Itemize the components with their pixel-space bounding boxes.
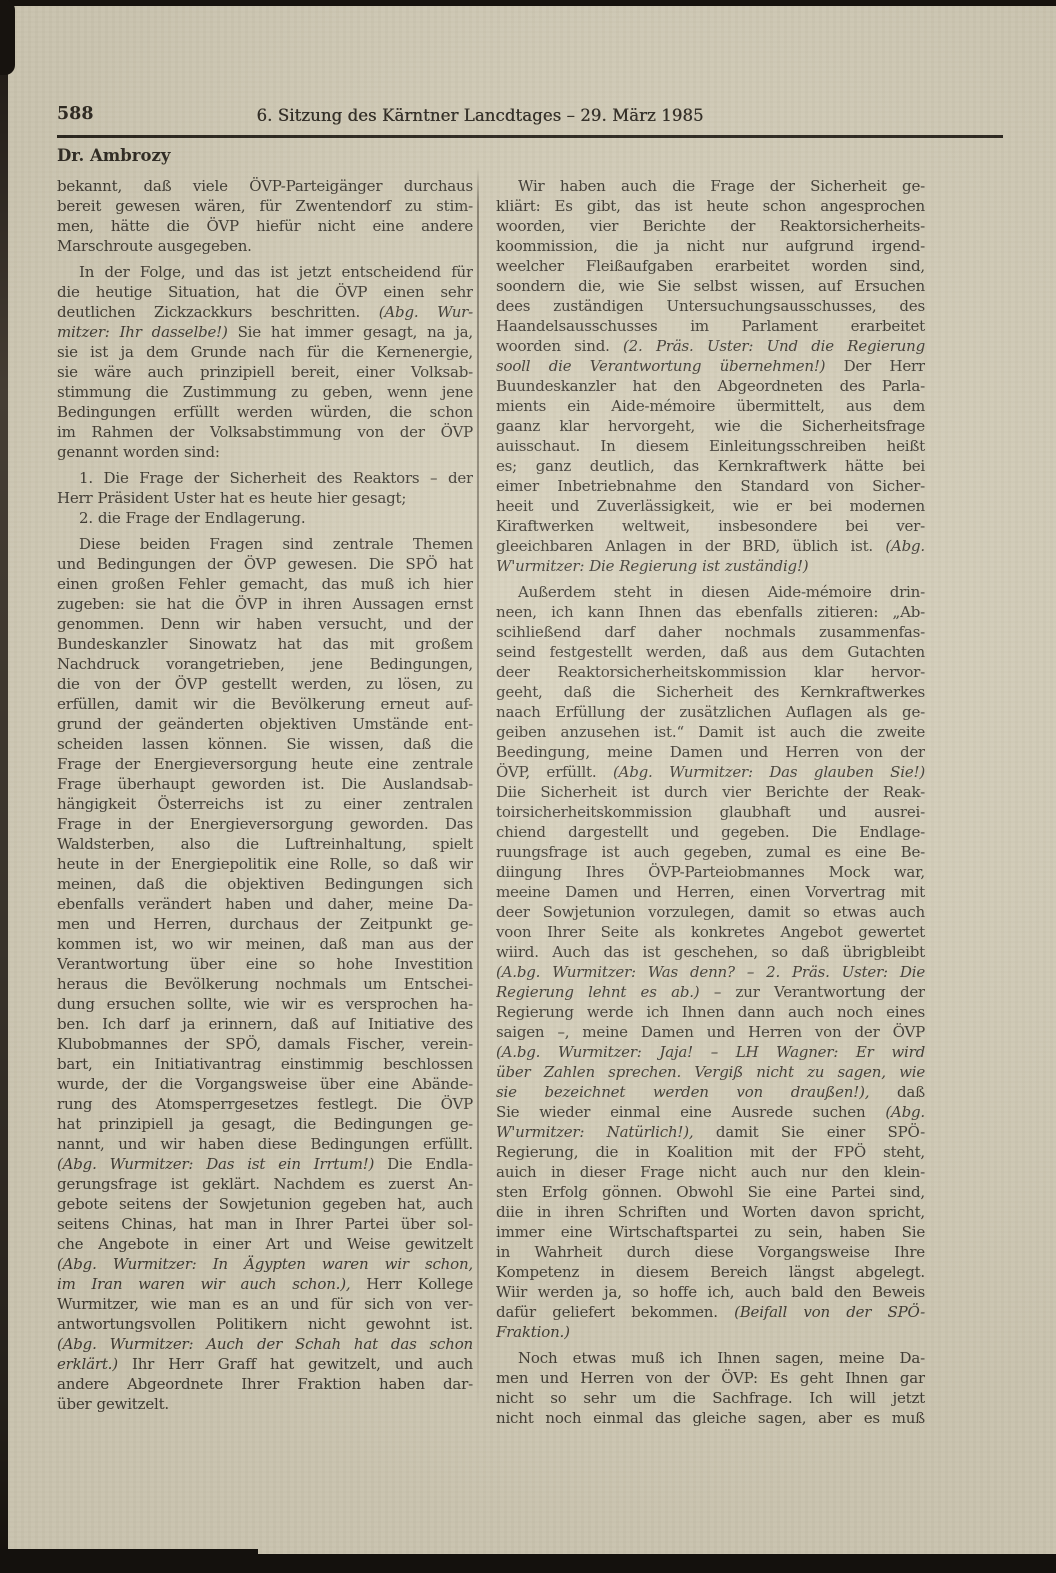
text-line: In der Folge, und das ist jetzt entschei… xyxy=(57,262,473,282)
text-line: saigen –, meine Damen und Herren von der… xyxy=(496,1022,925,1042)
interjection-italic-text: über Zahlen sprechen. Vergiß nicht zu sa… xyxy=(496,1063,925,1081)
body-text: immer eine Wirtschaftspartei zu sein, ha… xyxy=(496,1223,925,1241)
body-text: heute in der Energiepolitik eine Rolle, … xyxy=(57,855,473,873)
body-text: Sie wieder einmal eine Ausrede suchen xyxy=(496,1103,885,1121)
body-text: Klubobmannes der SPÖ, damals Fischer, ve… xyxy=(57,1035,473,1053)
text-line: voon Ihrer Seite als konkretes Angebot g… xyxy=(496,922,925,942)
text-line: die von der ÖVP gestellt werden, zu löse… xyxy=(57,674,473,694)
text-line: scihließend darf daher nochmals zusammen… xyxy=(496,622,925,642)
text-line: Bedingungen erfüllt werden würden, die s… xyxy=(57,402,473,422)
text-line: bart, ein Initiativantrag einstimmig bes… xyxy=(57,1054,473,1074)
body-text: 1. Die Frage der Sicherheit des Reaktors… xyxy=(79,469,473,487)
text-line: andere Abgeordnete Ihrer Fraktion haben … xyxy=(57,1374,473,1394)
body-text: Regierung werde ich Ihnen dann auch noch… xyxy=(496,1003,925,1021)
interjection-italic-text: (Abg. Wurmitzer: In Ägypten waren wir sc… xyxy=(57,1255,473,1273)
body-text: voon Ihrer Seite als konkretes Angebot g… xyxy=(496,923,925,941)
text-line: rung des Atomsperrgesetzes festlegt. Die… xyxy=(57,1094,473,1114)
body-text: wurde, der die Vorgangsweise über eine A… xyxy=(57,1075,473,1093)
body-text: Haandelsausschusses im Parlament erarbei… xyxy=(496,317,925,335)
body-text: zugeben: sie hat die ÖVP in ihren Aussag… xyxy=(57,595,473,613)
body-text: erfüllen, damit wir die Bevölkerung erne… xyxy=(57,695,473,713)
body-text: sie ist ja dem Grunde nach für die Kerne… xyxy=(57,343,473,361)
text-line: Frage in der Energieversorgung geworden.… xyxy=(57,814,473,834)
text-line: über Zahlen sprechen. Vergiß nicht zu sa… xyxy=(496,1062,925,1082)
body-text: gerungsfrage ist geklärt. Nachdem es zue… xyxy=(57,1175,473,1193)
body-text: es; ganz deutlich, das Kernkraftwerk hät… xyxy=(496,457,925,475)
scan-edge-notch xyxy=(0,0,15,75)
body-text: Sie hat immer gesagt, na ja, xyxy=(238,323,473,341)
body-text: men, hätte die ÖVP hiefür nicht eine and… xyxy=(57,217,473,235)
body-text: im Rahmen der Volksabstimmung von der ÖV… xyxy=(57,423,473,441)
text-line: auisschaut. In diesem Einleitungsschreib… xyxy=(496,436,925,456)
interjection-italic-text: (Abg. Wurmitzer: Auch der Schah hat das … xyxy=(57,1335,473,1353)
body-text: Wir haben auch die Frage der Sicherheit … xyxy=(518,177,925,195)
body-text: kliärt: Es gibt, das ist heute schon ang… xyxy=(496,197,925,215)
text-line: über gewitzelt. xyxy=(57,1394,473,1414)
body-text: dafür geliefert bekommen. xyxy=(496,1303,734,1321)
body-text: auich in dieser Frage nicht auch nur den… xyxy=(496,1163,925,1181)
text-line: meinen, daß die objektiven Bedingungen s… xyxy=(57,874,473,894)
text-line: Buundeskanzler hat den Abgeordneten des … xyxy=(496,376,925,396)
text-line: (Abg. Wurmitzer: In Ägypten waren wir sc… xyxy=(57,1254,473,1274)
text-line: wurde, der die Vorgangsweise über eine A… xyxy=(57,1074,473,1094)
text-line: Herr Präsident Uster hat es heute hier g… xyxy=(57,488,473,508)
text-line: Marschroute ausgegeben. xyxy=(57,236,473,256)
session-title: 6. Sitzung des Kärntner Lancdtages – 29.… xyxy=(30,106,930,125)
interjection-italic-text: W'urmitzer: Natürlich!), xyxy=(496,1123,716,1141)
text-line: diingung Ihres ÖVP-Parteiobmannes Mock w… xyxy=(496,862,925,882)
body-text: Herr Kollege xyxy=(366,1275,473,1293)
text-line: ebenfalls verändert haben und daher, mei… xyxy=(57,894,473,914)
body-text: diingung Ihres ÖVP-Parteiobmannes Mock w… xyxy=(496,863,925,881)
body-text: chiend dargestellt und gegeben. Die Endl… xyxy=(496,823,925,841)
body-text: geeht, daß die Sicherheit des Kernkraftw… xyxy=(496,683,925,701)
text-line: Regierung werde ich Ihnen dann auch noch… xyxy=(496,1002,925,1022)
body-text: sten Erfolg gönnen. Obwohl Sie eine Part… xyxy=(496,1183,925,1201)
column-divider-rule xyxy=(477,168,479,1408)
right-text-column: Wir haben auch die Frage der Sicherheit … xyxy=(496,176,925,1428)
body-text: grund der geänderten objektiven Umstände… xyxy=(57,715,473,733)
text-line: Frage überhaupt geworden ist. Die Auslan… xyxy=(57,774,473,794)
body-text: ÖVP, erfüllt. xyxy=(496,763,613,781)
text-line: men und Herren von der ÖVP: Es geht Ihne… xyxy=(496,1368,925,1388)
text-line: zugeben: sie hat die ÖVP in ihren Aussag… xyxy=(57,594,473,614)
body-text: diie in ihren Schriften und Worten davon… xyxy=(496,1203,925,1221)
text-line: dees zuständigen Untersuchungsausschusse… xyxy=(496,296,925,316)
text-line: woorden sind. (2. Präs. Uster: Und die R… xyxy=(496,336,925,356)
body-text: ruungsfrage ist auch gegeben, zumal es e… xyxy=(496,843,925,861)
text-line: heraus die Bevölkerung nochmals um Entsc… xyxy=(57,974,473,994)
body-text: Frage in der Energieversorgung geworden.… xyxy=(57,815,473,833)
text-line: erklärt.) Ihr Herr Graff hat gewitzelt, … xyxy=(57,1354,473,1374)
body-text: – zur Verantwortung der xyxy=(714,983,925,1001)
text-line: sie bezeichnet werden von draußen!), daß xyxy=(496,1082,925,1102)
text-line: Regierung lehnt es ab.) – zur Verantwort… xyxy=(496,982,925,1002)
body-text: Regierung, die in Koalition mit der FPÖ … xyxy=(496,1143,925,1161)
text-line: sten Erfolg gönnen. Obwohl Sie eine Part… xyxy=(496,1182,925,1202)
text-line: (Abg. Wurmitzer: Auch der Schah hat das … xyxy=(57,1334,473,1354)
body-text: die von der ÖVP gestellt werden, zu löse… xyxy=(57,675,473,693)
body-text: Die Endla- xyxy=(387,1155,473,1173)
text-line: weelcher Fleißaufgaben erarbeitet worden… xyxy=(496,256,925,276)
body-text: einen großen Fehler gemacht, das muß ich… xyxy=(57,575,473,593)
text-line: meeine Damen und Herren, einen Vorvertra… xyxy=(496,882,925,902)
text-line: ruungsfrage ist auch gegeben, zumal es e… xyxy=(496,842,925,862)
text-line: che Angebote in einer Art und Weise gewi… xyxy=(57,1234,473,1254)
interjection-italic-text: (Abg. Wur- xyxy=(379,303,473,321)
text-line: dafür geliefert bekommen. (Beifall von d… xyxy=(496,1302,925,1322)
text-line: Sie wieder einmal eine Ausrede suchen (A… xyxy=(496,1102,925,1122)
text-line: genannt worden sind: xyxy=(57,442,473,462)
text-line: im Iran waren wir auch schon.), Herr Kol… xyxy=(57,1274,473,1294)
text-line: W'urmitzer: Die Regierung ist zuständig!… xyxy=(496,556,925,576)
text-line: deer Reaktorsicherheitskommission klar h… xyxy=(496,662,925,682)
body-text: andere Abgeordnete Ihrer Fraktion haben … xyxy=(57,1375,473,1393)
text-line: seind festgestellt werden, daß aus dem G… xyxy=(496,642,925,662)
body-text: woorden, vier Berichte der Reaktorsicher… xyxy=(496,217,925,235)
body-text: woorden sind. xyxy=(496,337,623,355)
body-text: soondern die, wie Sie selbst wissen, auf… xyxy=(496,277,925,295)
body-text: Der Herr xyxy=(844,357,925,375)
text-line: woorden, vier Berichte der Reaktorsicher… xyxy=(496,216,925,236)
text-line: bekannt, daß viele ÖVP-Parteigänger durc… xyxy=(57,176,473,196)
text-line: hat prinzipiell ja gesagt, die Bedingung… xyxy=(57,1114,473,1134)
interjection-italic-text: W'urmitzer: Die Regierung ist zuständig!… xyxy=(496,557,808,575)
text-line: sooll die Verantwortung übernehmen!) Der… xyxy=(496,356,925,376)
text-line: im Rahmen der Volksabstimmung von der ÖV… xyxy=(57,422,473,442)
body-text: scheiden lassen können. Sie wissen, daß … xyxy=(57,735,473,753)
body-text: hat prinzipiell ja gesagt, die Bedingung… xyxy=(57,1115,473,1133)
text-line: erfüllen, damit wir die Bevölkerung erne… xyxy=(57,694,473,714)
text-line: Wurmitzer, wie man es an und für sich vo… xyxy=(57,1294,473,1314)
text-line: stimmung die Zustimmung zu geben, wenn j… xyxy=(57,382,473,402)
text-line: dung ersuchen sollte, wie wir es verspro… xyxy=(57,994,473,1014)
body-text: dung ersuchen sollte, wie wir es verspro… xyxy=(57,995,473,1013)
left-text-column: bekannt, daß viele ÖVP-Parteigänger durc… xyxy=(57,176,473,1414)
body-text: heeit und Zuverlässigkeit, wie er bei mo… xyxy=(496,497,925,515)
interjection-italic-text: (Abg. xyxy=(885,537,925,555)
text-line: Verantwortung über eine so hohe Investit… xyxy=(57,954,473,974)
text-line: heute in der Energiepolitik eine Rolle, … xyxy=(57,854,473,874)
body-text: saigen –, meine Damen und Herren von der… xyxy=(496,1023,925,1041)
body-text: Wiir werden ja, so hoffe ich, auch bald … xyxy=(496,1283,925,1301)
text-line: genommen. Denn wir haben versucht, und d… xyxy=(57,614,473,634)
body-text: Marschroute ausgegeben. xyxy=(57,237,252,255)
interjection-italic-text: sie bezeichnet werden von draußen!), xyxy=(496,1083,897,1101)
body-text: eimer Inbetriebnahme den Standard von Si… xyxy=(496,477,925,495)
body-text: bereit gewesen wären, für Zwentendorf zu… xyxy=(57,197,473,215)
body-text: deutlichen Zickzackkurs beschritten. xyxy=(57,303,379,321)
text-line: Wir haben auch die Frage der Sicherheit … xyxy=(496,176,925,196)
body-text: neen, ich kann Ihnen das ebenfalls zitie… xyxy=(496,603,925,621)
text-line: geiben anzusehen ist.“ Damit ist auch di… xyxy=(496,722,925,742)
body-text: wiird. Auch das ist geschehen, so daß üb… xyxy=(496,943,925,961)
body-text: Beedingung, meine Damen und Herren von d… xyxy=(496,743,925,761)
body-text: genannt worden sind: xyxy=(57,443,220,461)
body-text: 2. die Frage der Endlagerung. xyxy=(79,509,305,527)
text-line: es; ganz deutlich, das Kernkraftwerk hät… xyxy=(496,456,925,476)
text-line: (A.bg. Wurmitzer: Jaja! – LH Wagner: Er … xyxy=(496,1042,925,1062)
body-text: Bedingungen erfüllt werden würden, die s… xyxy=(57,403,473,421)
body-text: damit Sie einer SPÖ- xyxy=(716,1123,925,1141)
text-line: neen, ich kann Ihnen das ebenfalls zitie… xyxy=(496,602,925,622)
text-line: die heutige Situation, hat die ÖVP einen… xyxy=(57,282,473,302)
body-text: in Wahrheit durch diese Vorgangsweise Ih… xyxy=(496,1243,925,1261)
text-line: Klubobmannes der SPÖ, damals Fischer, ve… xyxy=(57,1034,473,1054)
body-text: weelcher Fleißaufgaben erarbeitet worden… xyxy=(496,257,925,275)
text-line: chiend dargestellt und gegeben. Die Endl… xyxy=(496,822,925,842)
text-line: Kiraftwerken weltweit, insbesondere bei … xyxy=(496,516,925,536)
text-line: Fraktion.) xyxy=(496,1322,925,1342)
body-text: Wurmitzer, wie man es an und für sich vo… xyxy=(57,1295,473,1313)
text-line: Nachdruck vorangetrieben, jene Bedingung… xyxy=(57,654,473,674)
body-text: Diese beiden Fragen sind zentrale Themen xyxy=(79,535,473,553)
scan-edge-bottom xyxy=(0,1554,1056,1573)
interjection-italic-text: im Iran waren wir auch schon.), xyxy=(57,1275,366,1293)
body-text: dees zuständigen Untersuchungsausschusse… xyxy=(496,297,925,315)
body-text: gebote seitens der Sowjetunion gegeben h… xyxy=(57,1195,473,1213)
text-line: immer eine Wirtschaftspartei zu sein, ha… xyxy=(496,1222,925,1242)
interjection-italic-text: (A.bg. Wurmitzer: Was denn? – 2. Präs. U… xyxy=(496,963,925,981)
text-line: Diie Sicherheit ist durch vier Berichte … xyxy=(496,782,925,802)
text-line: Bundeskanzler Sinowatz hat das mit große… xyxy=(57,634,473,654)
text-line: Frage der Energieversorgung heute eine z… xyxy=(57,754,473,774)
body-text: rung des Atomsperrgesetzes festlegt. Die… xyxy=(57,1095,473,1113)
text-line: gebote seitens der Sowjetunion gegeben h… xyxy=(57,1194,473,1214)
text-line: Kompetenz in diesem Bereich längst abgel… xyxy=(496,1262,925,1282)
body-text: Waldsterben, also die Luftreinhaltung, s… xyxy=(57,835,473,853)
text-line: nicht so sehr um die Sachfrage. Ich will… xyxy=(496,1388,925,1408)
text-line: scheiden lassen können. Sie wissen, daß … xyxy=(57,734,473,754)
text-line: wiird. Auch das ist geschehen, so daß üb… xyxy=(496,942,925,962)
body-text: Kiraftwerken weltweit, insbesondere bei … xyxy=(496,517,925,535)
text-line: Außerdem steht in diesen Aide-mémoire dr… xyxy=(496,582,925,602)
text-line: 1. Die Frage der Sicherheit des Reaktors… xyxy=(57,468,473,488)
header-rule xyxy=(57,135,1003,138)
text-line: Wiir werden ja, so hoffe ich, auch bald … xyxy=(496,1282,925,1302)
body-text: ben. Ich darf ja erinnern, daß auf Initi… xyxy=(57,1015,473,1033)
text-line: deer Sowjetunion vorzulegen, damit so et… xyxy=(496,902,925,922)
interjection-italic-text: (Abg. Wurmitzer: Das ist ein Irrtum!) xyxy=(57,1155,387,1173)
interjection-italic-text: (Abg. Wurmitzer: Das glauben Sie!) xyxy=(613,763,925,781)
body-text: men und Herren, durchaus der Zeitpunkt g… xyxy=(57,915,473,933)
text-line: einen großen Fehler gemacht, das muß ich… xyxy=(57,574,473,594)
text-line: gerungsfrage ist geklärt. Nachdem es zue… xyxy=(57,1174,473,1194)
text-line: (A.bg. Wurmitzer: Was denn? – 2. Präs. U… xyxy=(496,962,925,982)
text-line: hängigkeit Österreichs ist zu einer zent… xyxy=(57,794,473,814)
interjection-italic-text: erklärt.) xyxy=(57,1355,132,1373)
body-text: stimmung die Zustimmung zu geben, wenn j… xyxy=(57,383,473,401)
text-line: bereit gewesen wären, für Zwentendorf zu… xyxy=(57,196,473,216)
body-text: Frage überhaupt geworden ist. Die Auslan… xyxy=(57,775,473,793)
body-text: hängigkeit Österreichs ist zu einer zent… xyxy=(57,795,473,813)
text-line: men und Herren, durchaus der Zeitpunkt g… xyxy=(57,914,473,934)
interjection-italic-text: sooll die Verantwortung übernehmen!) xyxy=(496,357,844,375)
text-line: in Wahrheit durch diese Vorgangsweise Ih… xyxy=(496,1242,925,1262)
text-line: 2. die Frage der Endlagerung. xyxy=(57,508,473,528)
text-line: ben. Ich darf ja erinnern, daß auf Initi… xyxy=(57,1014,473,1034)
text-line: heeit und Zuverlässigkeit, wie er bei mo… xyxy=(496,496,925,516)
body-text: meeine Damen und Herren, einen Vorvertra… xyxy=(496,883,925,901)
body-text: nicht so sehr um die Sachfrage. Ich will… xyxy=(496,1389,925,1407)
text-line: men, hätte die ÖVP hiefür nicht eine and… xyxy=(57,216,473,236)
text-line: Waldsterben, also die Luftreinhaltung, s… xyxy=(57,834,473,854)
text-line: toirsicherheitskommission glaubhaft und … xyxy=(496,802,925,822)
text-line: (Abg. Wurmitzer: Das ist ein Irrtum!) Di… xyxy=(57,1154,473,1174)
text-line: mitzer: Ihr dasselbe!) Sie hat immer ges… xyxy=(57,322,473,342)
scan-edge-left xyxy=(0,0,8,1573)
body-text: Außerdem steht in diesen Aide-mémoire dr… xyxy=(518,583,925,601)
text-line: gaanz klar hervorgeht, wie die Sicherhei… xyxy=(496,416,925,436)
text-line: naach Erfüllung der zusätzlichen Auflage… xyxy=(496,702,925,722)
text-line: Beedingung, meine Damen und Herren von d… xyxy=(496,742,925,762)
text-line: seitens Chinas, hat man in Ihrer Partei … xyxy=(57,1214,473,1234)
body-text: nannt, und wir haben diese Bedingungen e… xyxy=(57,1135,473,1153)
interjection-italic-text: (Abg. xyxy=(885,1103,925,1121)
speaker-name: Dr. Ambrozy xyxy=(57,146,170,165)
text-line: gleeichbaren Anlagen in der BRD, üblich … xyxy=(496,536,925,556)
interjection-italic-text: Regierung lehnt es ab.) xyxy=(496,983,714,1001)
text-line: auich in dieser Frage nicht auch nur den… xyxy=(496,1162,925,1182)
body-text: antwortungsvollen Politikern nicht gewoh… xyxy=(57,1315,473,1333)
interjection-italic-text: (2. Präs. Uster: Und die Regierung xyxy=(623,337,925,355)
body-text: mients ein Aide-mémoire übermittelt, aus… xyxy=(496,397,925,415)
body-text: Verantwortung über eine so hohe Investit… xyxy=(57,955,473,973)
body-text: daß xyxy=(897,1083,925,1101)
body-text: seitens Chinas, hat man in Ihrer Partei … xyxy=(57,1215,473,1233)
body-text: heraus die Bevölkerung nochmals um Entsc… xyxy=(57,975,473,993)
body-text: nicht noch einmal das gleiche sagen, abe… xyxy=(496,1409,925,1427)
scan-edge-bottom-step xyxy=(0,1549,258,1554)
interjection-italic-text: (Beifall von der SPÖ- xyxy=(734,1303,925,1321)
body-text: gleeichbaren Anlagen in der BRD, üblich … xyxy=(496,537,885,555)
body-text: sie wäre auch prinzipiell bereit, einer … xyxy=(57,363,473,381)
body-text: In der Folge, und das ist jetzt entschei… xyxy=(79,263,473,281)
body-text: und Bedingungen der ÖVP gewesen. Die SPÖ… xyxy=(57,555,473,573)
body-text: Nachdruck vorangetrieben, jene Bedingung… xyxy=(57,655,473,673)
body-text: koommission, die ja nicht nur aufgrund i… xyxy=(496,237,925,255)
body-text: scihließend darf daher nochmals zusammen… xyxy=(496,623,925,641)
text-line: antwortungsvollen Politikern nicht gewoh… xyxy=(57,1314,473,1334)
interjection-italic-text: Fraktion.) xyxy=(496,1323,570,1341)
body-text: toirsicherheitskommission glaubhaft und … xyxy=(496,803,925,821)
body-text: naach Erfüllung der zusätzlichen Auflage… xyxy=(496,703,925,721)
body-text: über gewitzelt. xyxy=(57,1395,169,1413)
body-text: die heutige Situation, hat die ÖVP einen… xyxy=(57,283,473,301)
interjection-italic-text: (A.bg. Wurmitzer: Jaja! – LH Wagner: Er … xyxy=(496,1043,925,1061)
text-line: diie in ihren Schriften und Worten davon… xyxy=(496,1202,925,1222)
text-line: W'urmitzer: Natürlich!), damit Sie einer… xyxy=(496,1122,925,1142)
scanned-protocol-page: 588 6. Sitzung des Kärntner Lancdtages –… xyxy=(0,0,1056,1573)
body-text: Noch etwas muß ich Ihnen sagen, meine Da… xyxy=(518,1349,925,1367)
text-line: sie ist ja dem Grunde nach für die Kerne… xyxy=(57,342,473,362)
text-line: kliärt: Es gibt, das ist heute schon ang… xyxy=(496,196,925,216)
text-line: und Bedingungen der ÖVP gewesen. Die SPÖ… xyxy=(57,554,473,574)
body-text: meinen, daß die objektiven Bedingungen s… xyxy=(57,875,473,893)
body-text: Ihr Herr Graff hat gewitzelt, und auch xyxy=(132,1355,473,1373)
body-text: Kompetenz in diesem Bereich längst abgel… xyxy=(496,1263,925,1281)
body-text: men und Herren von der ÖVP: Es geht Ihne… xyxy=(496,1369,925,1387)
body-text: ebenfalls verändert haben und daher, mei… xyxy=(57,895,473,913)
body-text: bekannt, daß viele ÖVP-Parteigänger durc… xyxy=(57,177,473,195)
text-line: geeht, daß die Sicherheit des Kernkraftw… xyxy=(496,682,925,702)
text-line: eimer Inbetriebnahme den Standard von Si… xyxy=(496,476,925,496)
body-text: Frage der Energieversorgung heute eine z… xyxy=(57,755,473,773)
text-line: nannt, und wir haben diese Bedingungen e… xyxy=(57,1134,473,1154)
text-line: deutlichen Zickzackkurs beschritten. (Ab… xyxy=(57,302,473,322)
text-line: ÖVP, erfüllt. (Abg. Wurmitzer: Das glaub… xyxy=(496,762,925,782)
body-text: Bundeskanzler Sinowatz hat das mit große… xyxy=(57,635,473,653)
text-line: sie wäre auch prinzipiell bereit, einer … xyxy=(57,362,473,382)
text-line: Regierung, die in Koalition mit der FPÖ … xyxy=(496,1142,925,1162)
text-line: soondern die, wie Sie selbst wissen, auf… xyxy=(496,276,925,296)
body-text: geiben anzusehen ist.“ Damit ist auch di… xyxy=(496,723,925,741)
text-line: nicht noch einmal das gleiche sagen, abe… xyxy=(496,1408,925,1428)
body-text: gaanz klar hervorgeht, wie die Sicherhei… xyxy=(496,417,925,435)
text-line: Haandelsausschusses im Parlament erarbei… xyxy=(496,316,925,336)
scan-edge-top xyxy=(0,0,1056,6)
body-text: auisschaut. In diesem Einleitungsschreib… xyxy=(496,437,925,455)
text-line: kommen ist, wo wir meinen, daß man aus d… xyxy=(57,934,473,954)
interjection-italic-text: mitzer: Ihr dasselbe!) xyxy=(57,323,238,341)
body-text: deer Reaktorsicherheitskommission klar h… xyxy=(496,663,925,681)
body-text: Diie Sicherheit ist durch vier Berichte … xyxy=(496,783,925,801)
text-line: koommission, die ja nicht nur aufgrund i… xyxy=(496,236,925,256)
body-text: bart, ein Initiativantrag einstimmig bes… xyxy=(57,1055,473,1073)
body-text: che Angebote in einer Art und Weise gewi… xyxy=(57,1235,473,1253)
body-text: seind festgestellt werden, daß aus dem G… xyxy=(496,643,925,661)
body-text: kommen ist, wo wir meinen, daß man aus d… xyxy=(57,935,473,953)
body-text: genommen. Denn wir haben versucht, und d… xyxy=(57,615,473,633)
text-line: grund der geänderten objektiven Umstände… xyxy=(57,714,473,734)
body-text: Herr Präsident Uster hat es heute hier g… xyxy=(57,489,406,507)
body-text: Buundeskanzler hat den Abgeordneten des … xyxy=(496,377,925,395)
text-line: Diese beiden Fragen sind zentrale Themen xyxy=(57,534,473,554)
body-text: deer Sowjetunion vorzulegen, damit so et… xyxy=(496,903,925,921)
text-line: mients ein Aide-mémoire übermittelt, aus… xyxy=(496,396,925,416)
text-line: Noch etwas muß ich Ihnen sagen, meine Da… xyxy=(496,1348,925,1368)
